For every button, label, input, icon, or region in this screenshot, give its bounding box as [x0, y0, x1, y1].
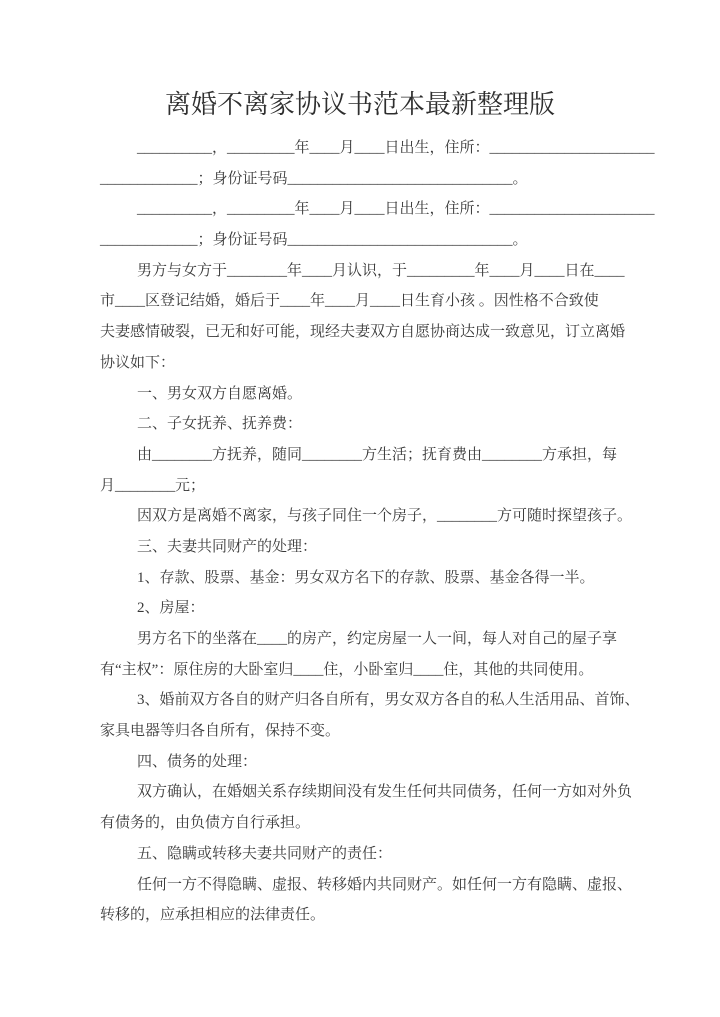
clause-1-line: 一、男女双方自愿离婚。 [100, 379, 624, 410]
assets-item-1-line: 1、存款、股票、基金：男女双方名下的存款、股票、基金各得一半。 [100, 563, 624, 594]
concealment-line: 转移的，应承担相应的法律责任。 [100, 900, 624, 931]
assets-item-3-line: 3、婚前双方各自的财产归各自所有，男女双方各自的私人生活用品、首饰、 [100, 685, 624, 716]
custody-line: 月________元； [100, 471, 624, 502]
concealment-line: 任何一方不得隐瞒、虚报、转移婚内共同财产。如任何一方有隐瞒、虚报、 [100, 870, 624, 901]
clause-5-heading-line: 五、隐瞒或转移夫妻共同财产的责任： [100, 839, 624, 870]
custody-line: 由________方抚养，随同________方生活；抚育费由________方… [100, 440, 624, 471]
visitation-line: 因双方是离婚不离家，与孩子同住一个房子，________方可随时探望孩子。 [100, 501, 624, 532]
clause-3-heading-line: 三、夫妻共同财产的处理： [100, 532, 624, 563]
clause-4-heading-line: 四、债务的处理： [100, 747, 624, 778]
assets-item-3-line: 家具电器等归各自所有，保持不变。 [100, 716, 624, 747]
house-line: 有“主权”：原住房的大卧室归____住，小卧室归____住，其他的共同使用。 [100, 655, 624, 686]
document-page: 离婚不离家协议书范本最新整理版 __________，_________年___… [0, 0, 720, 1017]
party-a-info-line: __________，_________年____月____日出生，住所：___… [100, 133, 624, 164]
party-a-id-line: _____________；身份证号码_____________________… [100, 164, 624, 195]
document-body: __________，_________年____月____日出生，住所：___… [100, 133, 624, 931]
party-b-id-line: _____________；身份证号码_____________________… [100, 225, 624, 256]
marriage-history-line: 市____区登记结婚，婚后于____年____月____日生育小孩 。因性格不合… [100, 286, 624, 317]
debt-line: 有债务的，由负债方自行承担。 [100, 808, 624, 839]
marriage-history-line: 夫妻感情破裂，已无和好可能，现经夫妻双方自愿协商达成一致意见，订立离婚 [100, 317, 624, 348]
assets-item-2-heading-line: 2、房屋： [100, 593, 624, 624]
house-line: 男方名下的坐落在____的房产，约定房屋一人一间，每人对自己的屋子享 [100, 624, 624, 655]
document-title: 离婚不离家协议书范本最新整理版 [0, 84, 720, 121]
marriage-history-line: 男方与女方于________年____月认识，于_________年____月_… [100, 256, 624, 287]
clause-2-heading-line: 二、子女抚养、抚养费： [100, 409, 624, 440]
marriage-history-line: 协议如下： [100, 348, 624, 379]
debt-line: 双方确认，在婚姻关系存续期间没有发生任何共同债务，任何一方如对外负 [100, 777, 624, 808]
party-b-info-line: __________，_________年____月____日出生，住所：___… [100, 194, 624, 225]
